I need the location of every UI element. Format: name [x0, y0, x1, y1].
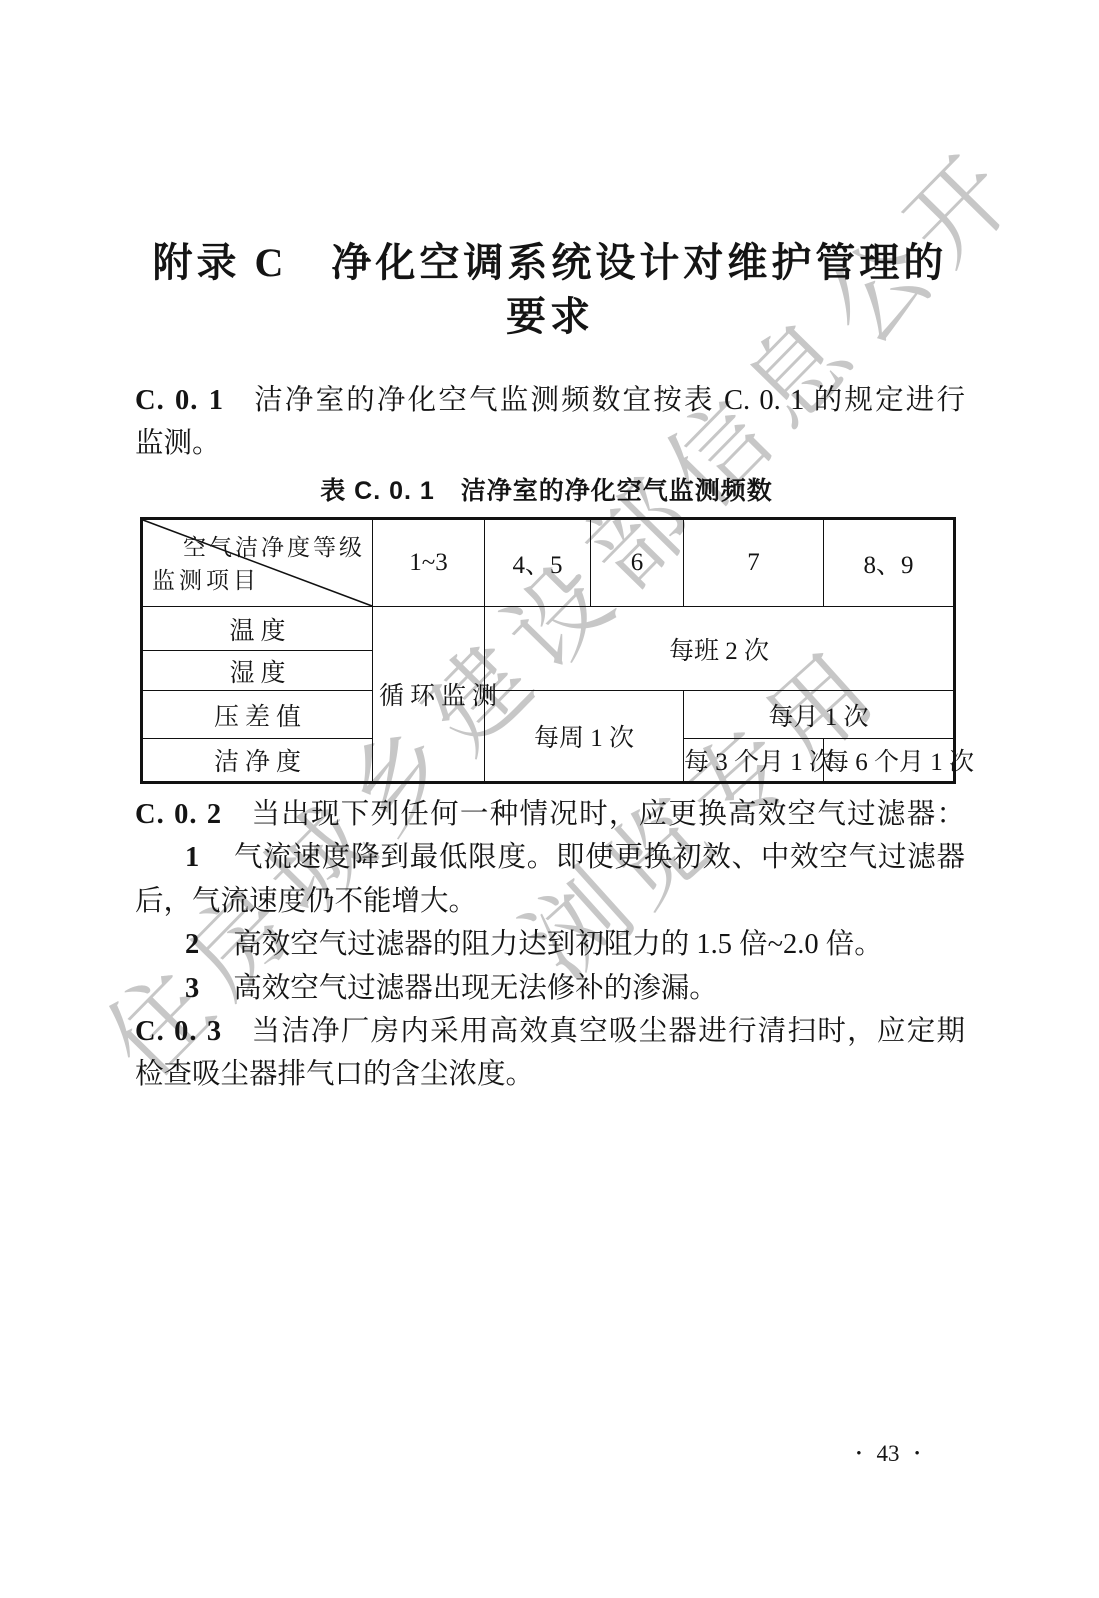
item-1-text-cont: 后，气流速度仍不能增大。 [135, 886, 477, 917]
clause-c01-line-2: 监测。 [135, 422, 965, 465]
document-page: 住房城乡建设部信息公开 浏览专用 附录 C 净化空调系统设计对维护管理的要求 C… [0, 0, 1099, 1598]
cell-cycle-monitoring: 循环监测 [373, 607, 485, 783]
clause-c02-number: C. 0. 2 [135, 799, 222, 830]
col-header-class-1-3: 1~3 [373, 519, 485, 607]
clause-c02-line: C. 0. 2当出现下列任何一种情况时，应更换高效空气过滤器： [135, 793, 965, 836]
table-caption: 表 C. 0. 1 洁净室的净化空气监测频数 [140, 471, 953, 507]
col-header-class-4-5: 4、5 [485, 519, 591, 607]
item-1-text: 气流速度降到最低限度。即使更换初效、中效空气过滤器 [233, 842, 965, 873]
appendix-title: 附录 C 净化空调系统设计对维护管理的要求 [135, 236, 965, 344]
clause-c01-number: C. 0. 1 [135, 385, 224, 416]
clause-c03-number: C. 0. 3 [135, 1016, 222, 1047]
cell-once-per-3-months: 每 3 个月 1 次 [684, 739, 824, 783]
clause-c03-text-cont: 检查吸尘器排气口的含尘浓度。 [135, 1059, 534, 1090]
monitoring-frequency-table: 空气洁净度等级 监测项目 1~3 4、5 6 7 8、9 温度 循环监测 每班 … [140, 517, 956, 784]
page-number: 43 [877, 1441, 900, 1467]
item-1-line-2: 后，气流速度仍不能增大。 [135, 880, 965, 923]
col-header-class-8-9: 8、9 [824, 519, 955, 607]
item-3-text: 高效空气过滤器出现无法修补的渗漏。 [233, 973, 718, 1004]
lower-clauses: C. 0. 2当出现下列任何一种情况时，应更换高效空气过滤器： 1气流速度降到最… [135, 793, 965, 1097]
clause-c02-text: 当出现下列任何一种情况时，应更换高效空气过滤器： [250, 799, 965, 830]
clause-c03-text: 当洁净厂房内采用高效真空吸尘器进行清扫时，应定期 [250, 1016, 965, 1047]
clause-c01-text: 洁净室的净化空气监测频数宜按表 C. 0. 1 的规定进行 [252, 385, 965, 416]
footer-right-dot: • [915, 1443, 920, 1466]
row-label-pressure-difference: 压差值 [142, 691, 373, 739]
footer-left-dot: • [856, 1443, 861, 1466]
clause-c01: C. 0. 1洁净室的净化空气监测频数宜按表 C. 0. 1 的规定进行 监测。 [135, 379, 965, 466]
table-row: 压差值 每周 1 次 每月 1 次 [142, 691, 955, 739]
clause-c01-text-cont: 监测。 [135, 428, 221, 459]
row-label-humidity: 湿度 [142, 651, 373, 691]
table-corner-cell: 空气洁净度等级 监测项目 [142, 519, 373, 607]
clause-c03-line-2: 检查吸尘器排气口的含尘浓度。 [135, 1053, 965, 1096]
cell-once-per-month: 每月 1 次 [684, 691, 955, 739]
cell-once-per-week: 每周 1 次 [485, 691, 684, 783]
row-label-temperature: 温度 [142, 607, 373, 651]
table-row: 温度 循环监测 每班 2 次 [142, 607, 955, 651]
page-footer: • 43 • [808, 1441, 968, 1467]
corner-label-cleanliness-class: 空气洁净度等级 [183, 529, 365, 562]
clause-c01-line-1: C. 0. 1洁净室的净化空气监测频数宜按表 C. 0. 1 的规定进行 [135, 379, 965, 422]
cell-twice-per-shift: 每班 2 次 [485, 607, 955, 691]
corner-label-monitoring-item: 监测项目 [152, 562, 260, 595]
col-header-class-6: 6 [591, 519, 684, 607]
item-1-line-1: 1气流速度降到最低限度。即使更换初效、中效空气过滤器 [135, 836, 965, 879]
item-3-line: 3高效空气过滤器出现无法修补的渗漏。 [135, 967, 965, 1010]
item-2-text: 高效空气过滤器的阻力达到初阻力的 1.5 倍~2.0 倍。 [233, 929, 883, 960]
clause-c03-line-1: C. 0. 3当洁净厂房内采用高效真空吸尘器进行清扫时，应定期 [135, 1010, 965, 1053]
item-3-number: 3 [185, 973, 199, 1004]
col-header-class-7: 7 [684, 519, 824, 607]
row-label-cleanliness: 洁净度 [142, 739, 373, 783]
item-2-number: 2 [185, 929, 199, 960]
item-2-line: 2高效空气过滤器的阻力达到初阻力的 1.5 倍~2.0 倍。 [135, 923, 965, 966]
item-1-number: 1 [185, 842, 199, 873]
cell-once-per-6-months: 每 6 个月 1 次 [824, 739, 955, 783]
